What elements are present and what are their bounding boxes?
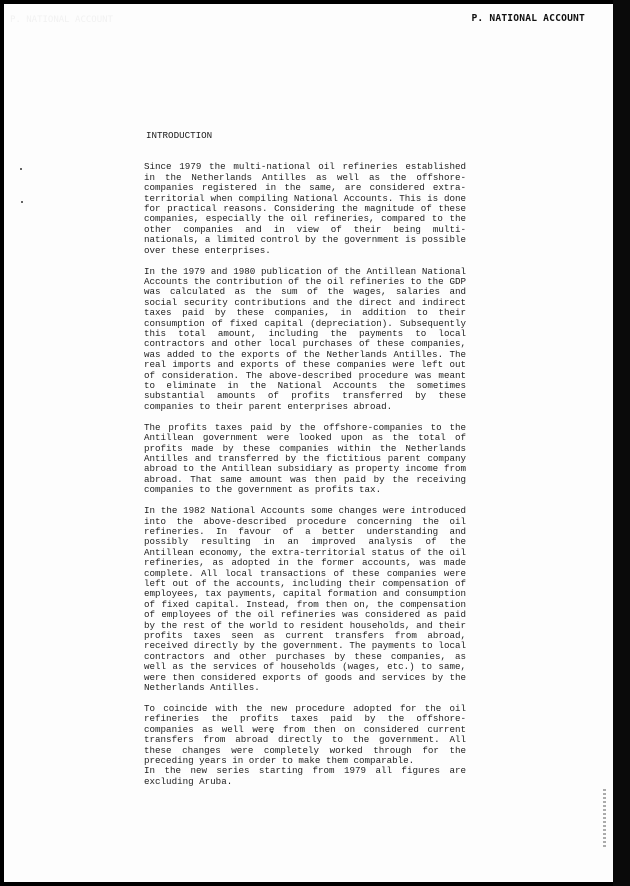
section-heading: INTRODUCTION bbox=[146, 131, 466, 141]
scan-speck bbox=[21, 201, 23, 203]
paragraph-offshore-profits: The profits taxes paid by the offshore-c… bbox=[144, 423, 466, 496]
paragraph-1979-1980-method: In the 1979 and 1980 publication of the … bbox=[144, 267, 466, 413]
bleed-through-text: P. NATIONAL ACCOUNT bbox=[10, 15, 113, 25]
scan-speck bbox=[271, 731, 273, 733]
paragraph-new-procedure: To coincide with the new procedure adopt… bbox=[144, 704, 466, 766]
scan-border bbox=[613, 0, 630, 886]
paragraph-extraterritorial: Since 1979 the multi-national oil refine… bbox=[144, 162, 466, 256]
paragraph-aruba-note: In the new series starting from 1979 all… bbox=[144, 766, 466, 787]
scan-speck bbox=[20, 168, 22, 170]
section-header: P. NATIONAL ACCOUNT bbox=[471, 13, 585, 24]
paragraph-1982-changes: In the 1982 National Accounts some chang… bbox=[144, 506, 466, 693]
scan-edge-marks bbox=[603, 789, 606, 849]
scanned-page: P. NATIONAL ACCOUNT P. NATIONAL ACCOUNT … bbox=[4, 4, 613, 882]
document-body: INTRODUCTION Since 1979 the multi-nation… bbox=[144, 131, 466, 798]
